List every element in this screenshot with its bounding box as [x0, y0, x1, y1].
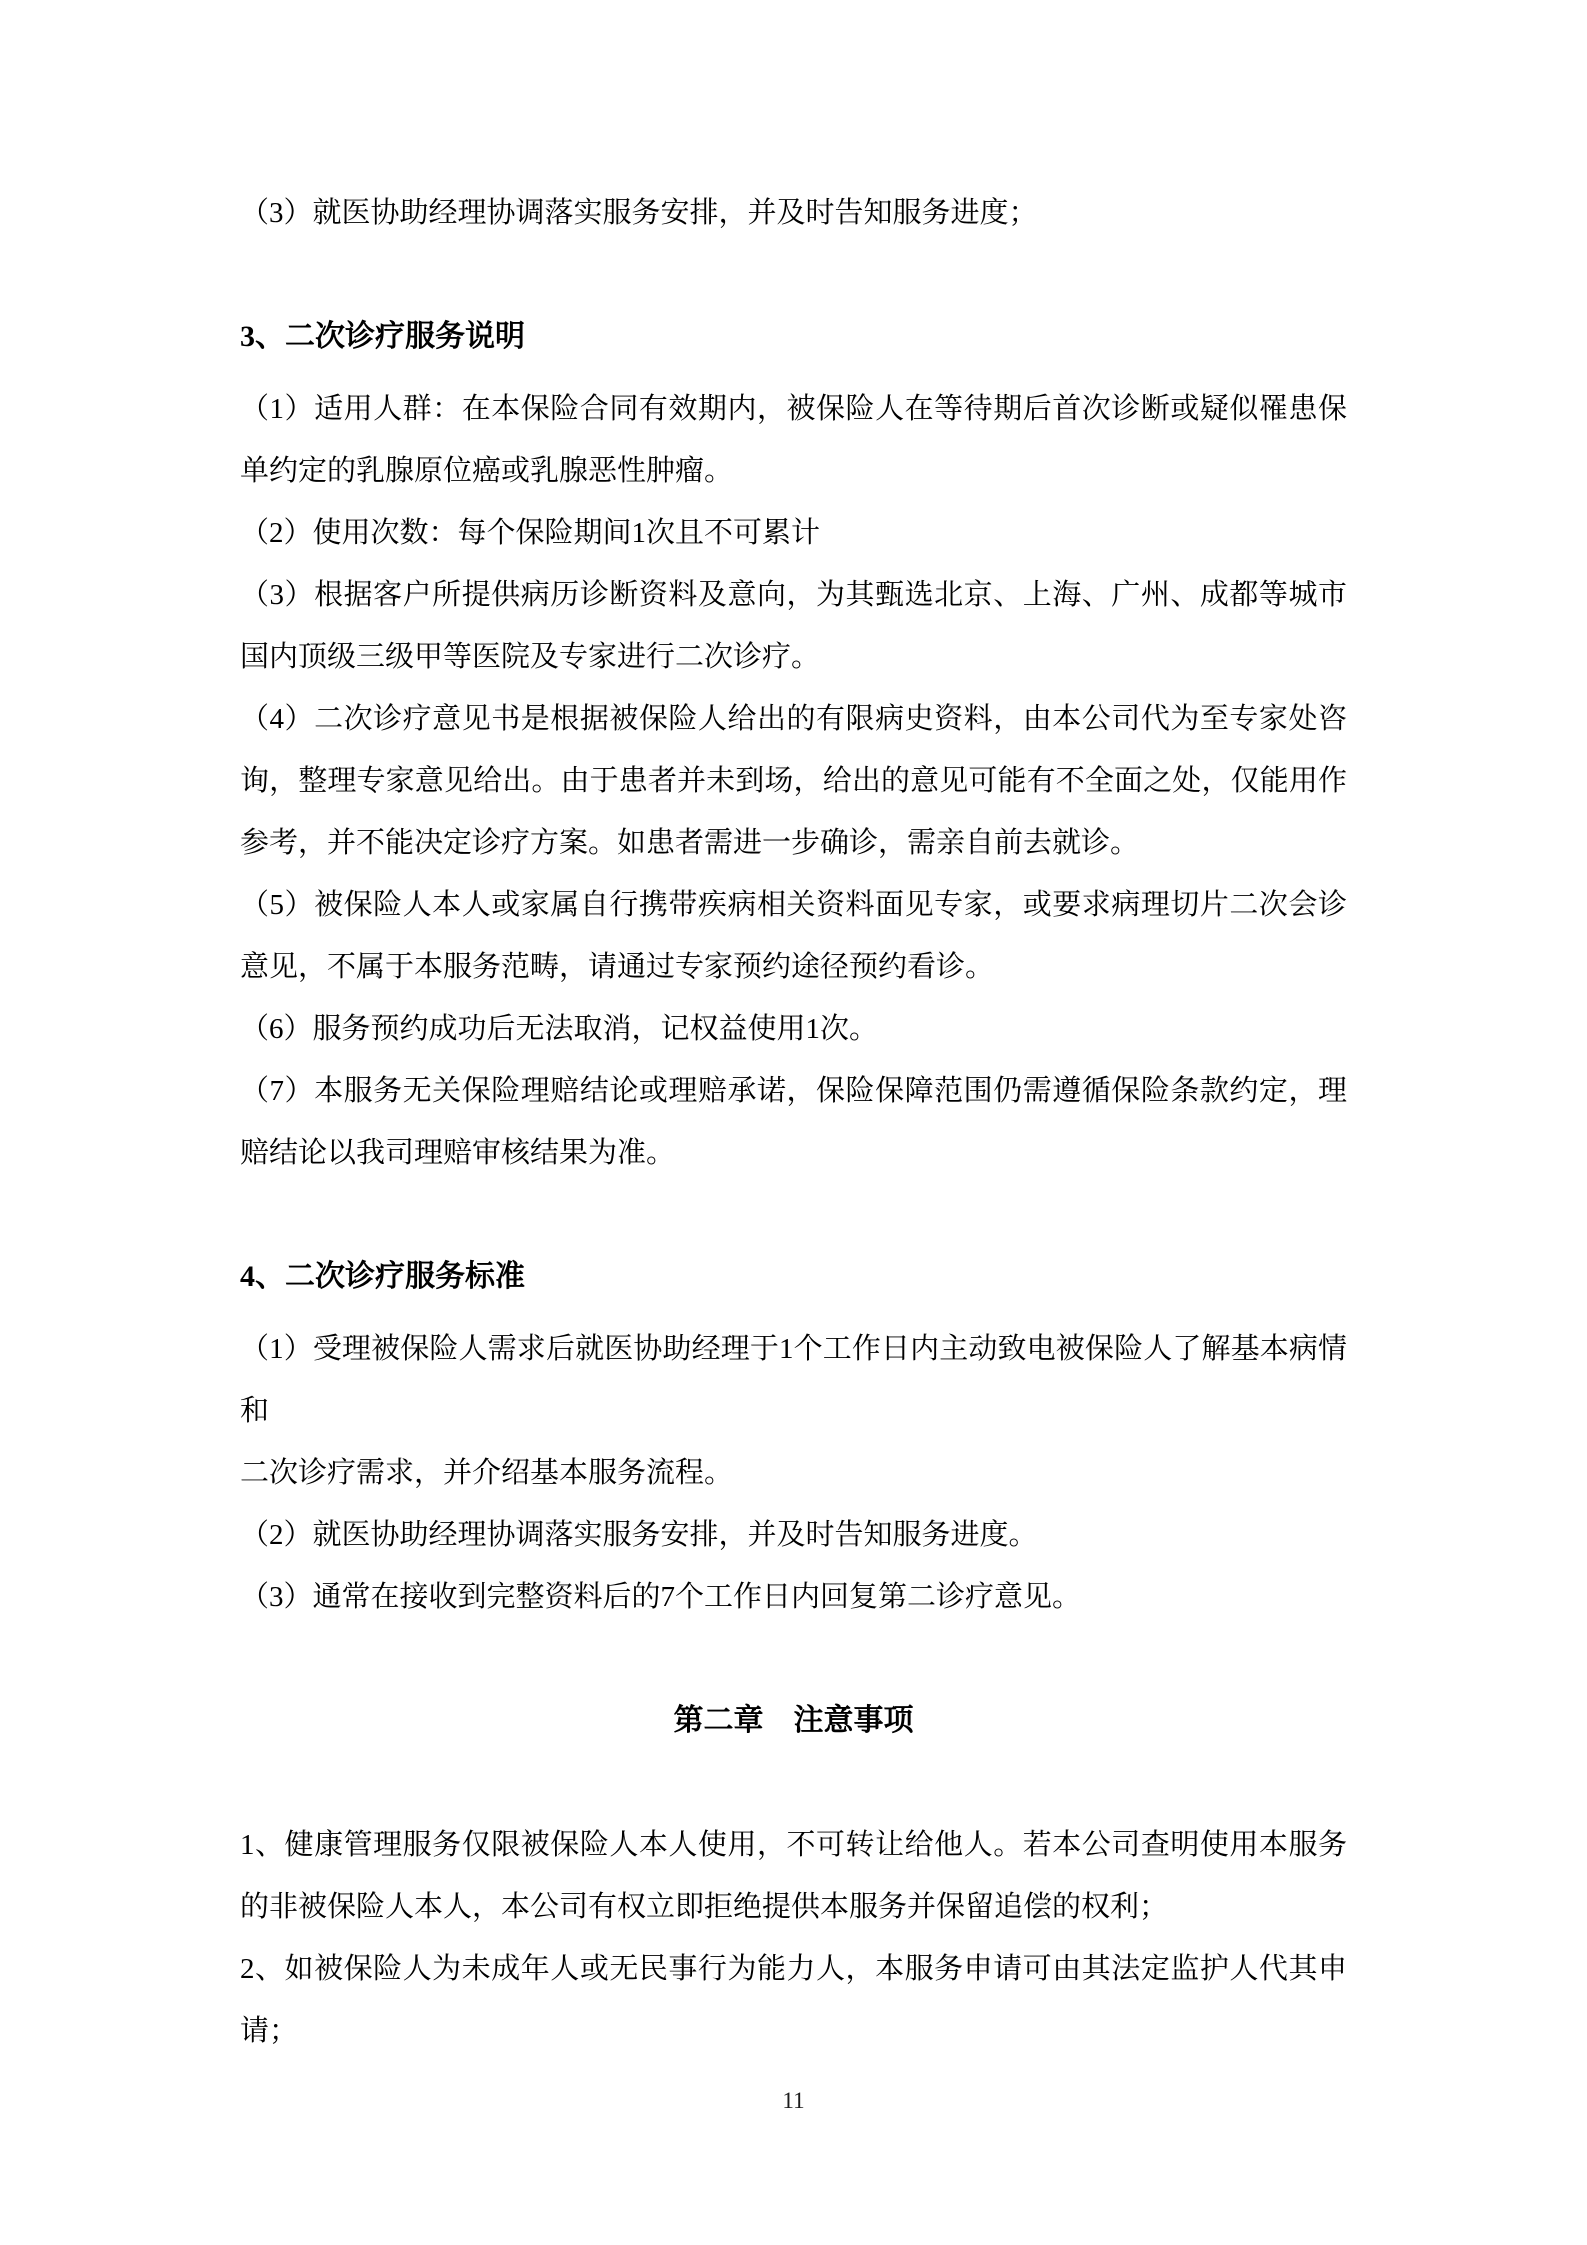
chapter-heading: 第二章 注意事项 — [240, 1690, 1347, 1752]
text-line: （3）根据客户所提供病历诊断资料及意向，为其甄选北京、上海、广州、成都等城市 — [240, 564, 1347, 626]
text-line: 单约定的乳腺原位癌或乳腺恶性肿瘤。 — [240, 440, 1347, 502]
text-line: （3）通常在接收到完整资料后的7个工作日内回复第二诊疗意见。 — [240, 1566, 1347, 1628]
paragraph-spacer — [240, 1752, 1347, 1814]
text-line: （6）服务预约成功后无法取消，记权益使用1次。 — [240, 998, 1347, 1060]
text-line: （1）受理被保险人需求后就医协助经理于1个工作日内主动致电被保险人了解基本病情和 — [240, 1318, 1347, 1442]
text-line: 二次诊疗需求，并介绍基本服务流程。 — [240, 1442, 1347, 1504]
text-line: （2）就医协助经理协调落实服务安排，并及时告知服务进度。 — [240, 1504, 1347, 1566]
text-line: （7）本服务无关保险理赔结论或理赔承诺，保险保障范围仍需遵循保险条款约定，理 — [240, 1060, 1347, 1122]
text-line: 国内顶级三级甲等医院及专家进行二次诊疗。 — [240, 626, 1347, 688]
text-line: 意见，不属于本服务范畴，请通过专家预约途径预约看诊。 — [240, 936, 1347, 998]
page-footer: 11 — [0, 2088, 1587, 2114]
document-content: （3）就医协助经理协调落实服务安排，并及时告知服务进度；3、二次诊疗服务说明（1… — [240, 182, 1347, 2062]
paragraph-spacer — [240, 244, 1347, 306]
text-line: 的非被保险人本人，本公司有权立即拒绝提供本服务并保留追偿的权利； — [240, 1876, 1347, 1938]
page-number: 11 — [782, 2088, 804, 2113]
text-line: 请； — [240, 2000, 1347, 2062]
text-line: 参考，并不能决定诊疗方案。如患者需进一步确诊，需亲自前去就诊。 — [240, 812, 1347, 874]
paragraph-spacer — [240, 1628, 1347, 1690]
text-line: （2）使用次数：每个保险期间1次且不可累计 — [240, 502, 1347, 564]
text-line: （5）被保险人本人或家属自行携带疾病相关资料面见专家，或要求病理切片二次会诊 — [240, 874, 1347, 936]
text-line: 赔结论以我司理赔审核结果为准。 — [240, 1122, 1347, 1184]
text-line: （1）适用人群：在本保险合同有效期内，被保险人在等待期后首次诊断或疑似罹患保 — [240, 378, 1347, 440]
text-line: 1、健康管理服务仅限被保险人本人使用，不可转让给他人。若本公司查明使用本服务 — [240, 1814, 1347, 1876]
text-line: 询，整理专家意见给出。由于患者并未到场，给出的意见可能有不全面之处，仅能用作 — [240, 750, 1347, 812]
text-line: （3）就医协助经理协调落实服务安排，并及时告知服务进度； — [240, 182, 1347, 244]
document-page: （3）就医协助经理协调落实服务安排，并及时告知服务进度；3、二次诊疗服务说明（1… — [0, 0, 1587, 2245]
text-line: （4）二次诊疗意见书是根据被保险人给出的有限病史资料，由本公司代为至专家处咨 — [240, 688, 1347, 750]
section-heading: 4、二次诊疗服务标准 — [240, 1246, 1347, 1308]
section-heading: 3、二次诊疗服务说明 — [240, 306, 1347, 368]
text-line: 2、如被保险人为未成年人或无民事行为能力人，本服务申请可由其法定监护人代其申 — [240, 1938, 1347, 2000]
paragraph-spacer — [240, 1184, 1347, 1246]
